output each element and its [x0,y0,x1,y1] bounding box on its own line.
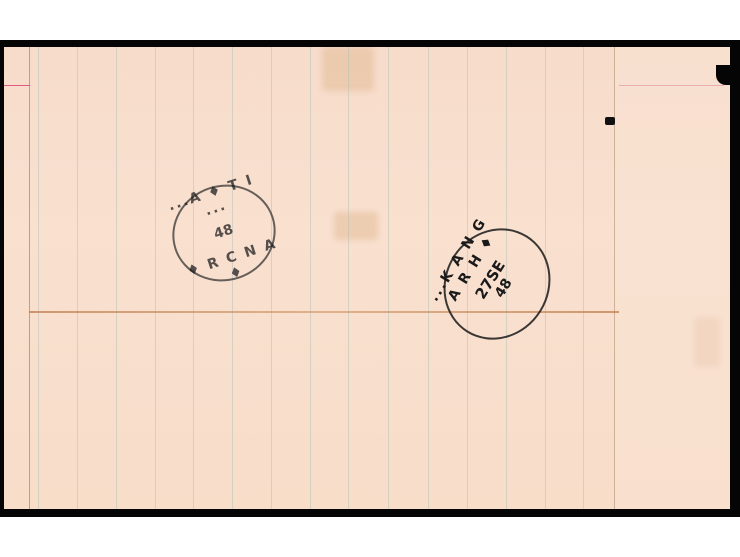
pink-rule-right [619,85,724,86]
stain-middle [334,212,378,240]
cover-paper [4,47,730,509]
right-flap [615,47,730,509]
ruled-line [583,47,584,509]
vertical-fold [614,47,615,509]
pink-rule-left [4,85,30,86]
ruled-line [116,47,117,509]
ruled-line [38,47,39,509]
paper-tear [605,117,615,125]
postmark-left-year: 48 [212,223,235,244]
ruled-line [310,47,311,509]
ruled-line [348,47,349,509]
ruled-line [77,47,78,509]
torn-corner [716,65,730,85]
red-margin-line [29,47,30,509]
ruled-line [388,47,389,509]
ruled-line [155,47,156,509]
ruled-line [271,47,272,509]
ruled-line [428,47,429,509]
